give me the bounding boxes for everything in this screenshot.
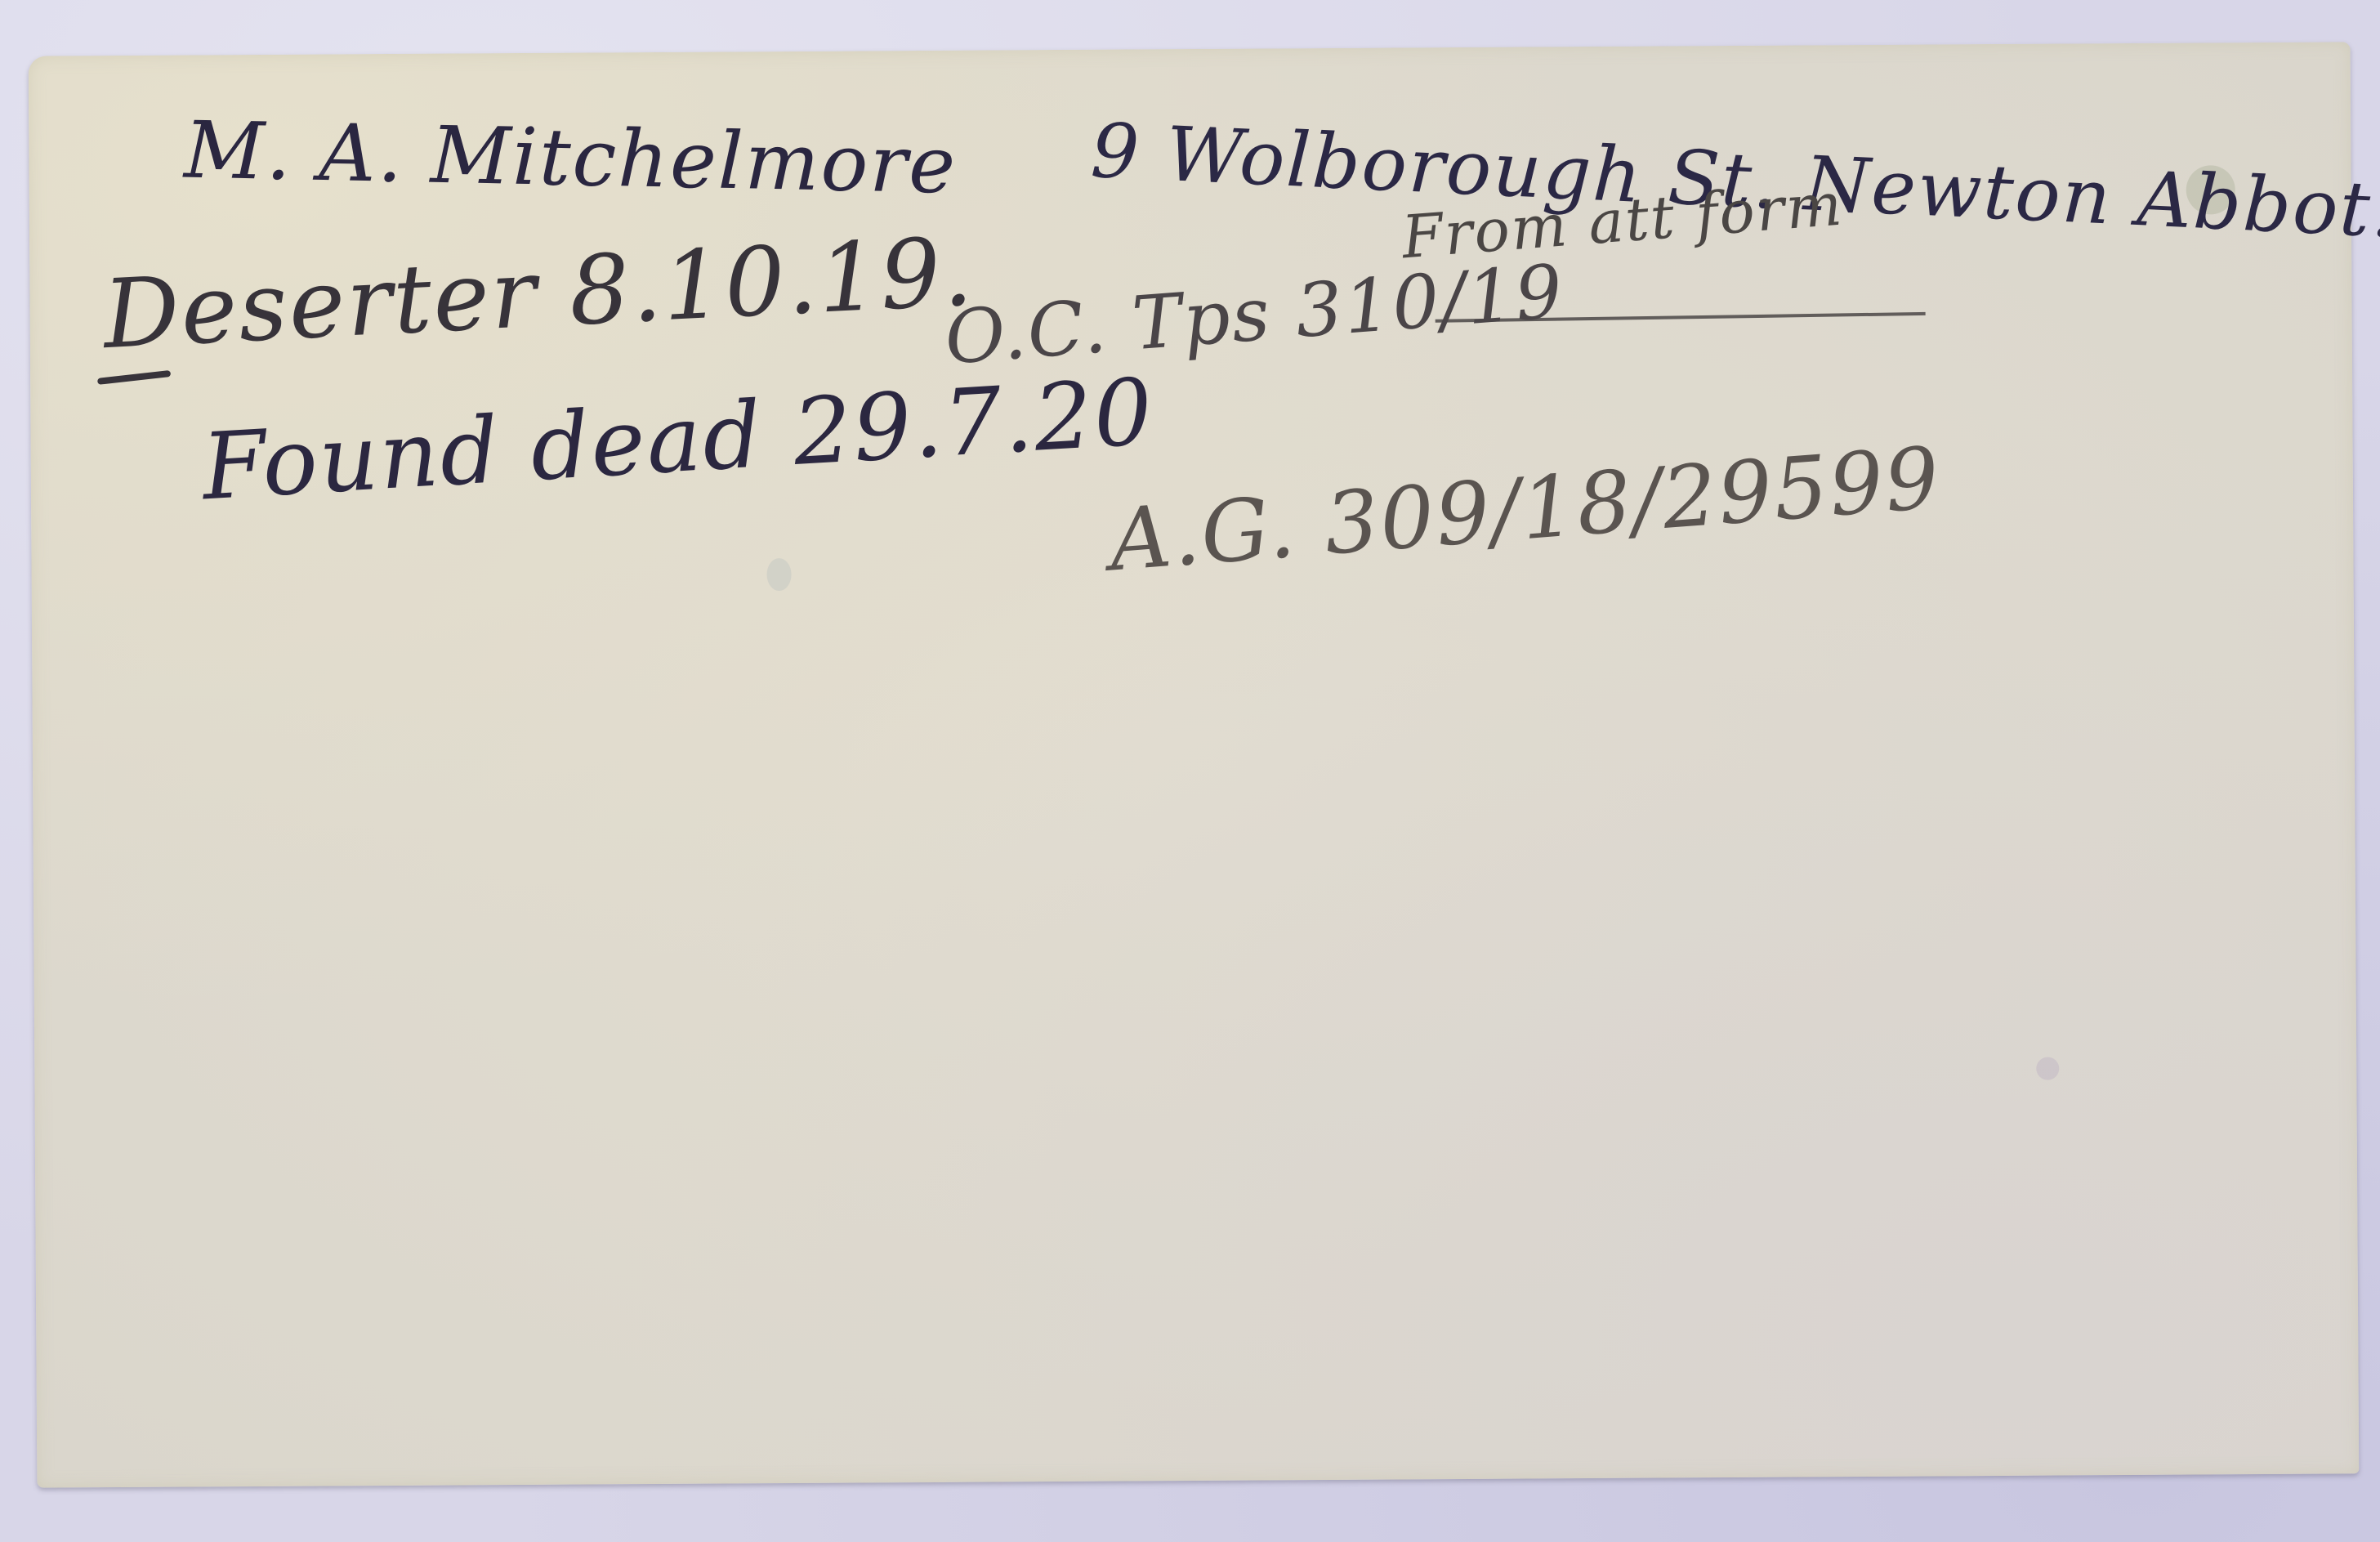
reference-oc-tps: O.C. Tps 310/19 — [942, 248, 1567, 381]
name-line: M. A. Mitchelmore — [183, 105, 958, 212]
paper-mark — [766, 558, 791, 591]
record-card: M. A. Mitchelmore 9 Wolborough St. Newto… — [29, 42, 2360, 1487]
deserter-line: Deserter 8.10.19. — [100, 217, 976, 370]
paper-mark — [2036, 1057, 2059, 1080]
found-dead-line: Found dead 29.7.20 — [199, 359, 1157, 521]
reference-ag: A.G. 309/18/29599 — [1106, 427, 1945, 590]
deserter-underline — [97, 370, 171, 385]
